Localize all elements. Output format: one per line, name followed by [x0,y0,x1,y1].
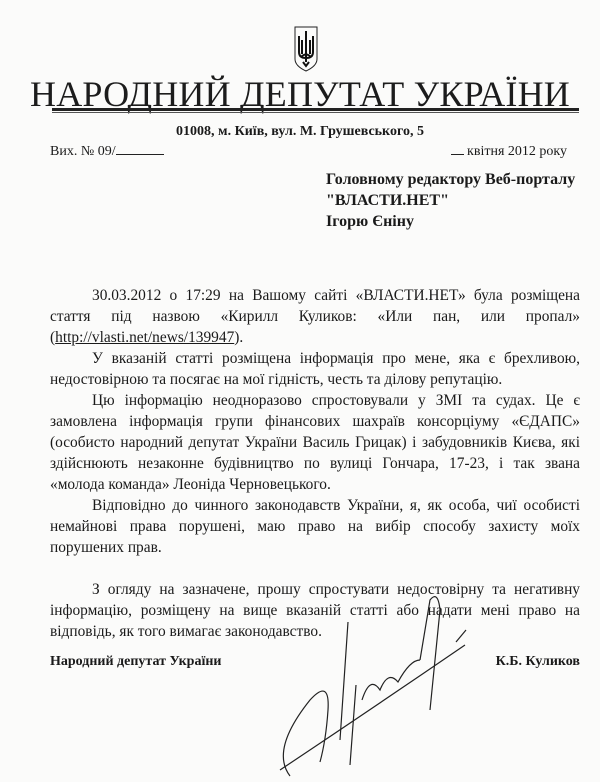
paragraph-text: ). [234,329,243,346]
paragraph: У вказаній статті розміщена інформація п… [50,348,580,390]
outgoing-number-blank [116,142,164,155]
signatory-name: К.Б. Куликов [496,654,580,670]
article-link[interactable]: http://vlasti.net/news/139947 [55,329,234,346]
paragraph: 30.03.2012 о 17:29 на Вашому сайті «ВЛАС… [50,285,580,348]
handwritten-signature-icon [270,590,470,780]
outgoing-number: Вих. № 09/ [50,142,164,160]
addressee-line: Головному редактору Веб-порталу [326,169,575,190]
letter-date-text: квітня 2012 року [467,144,567,159]
addressee-block: Головному редактору Веб-порталу "ВЛАСТИ.… [326,169,575,232]
paragraph: Цю інформацію неодноразово спростовували… [50,390,580,495]
paragraph: Відповідно до чинного законодавств Украї… [50,495,580,558]
letter-date: квітня 2012 року [451,142,567,160]
letter-body: 30.03.2012 о 17:29 на Вашому сайті «ВЛАС… [50,285,580,642]
signatory-title: Народний депутат України [50,654,221,670]
letterhead-divider-thin [52,112,579,113]
letter-page: НАРОДНИЙ ДЕПУТАТ УКРАЇНИ 01008, м. Київ,… [0,0,600,782]
trident-emblem-icon [294,26,318,72]
addressee-line: Ігорю Єніну [326,211,575,232]
outgoing-number-label: Вих. № 09/ [50,144,116,159]
letterhead-address: 01008, м. Київ, вул. М. Грушевського, 5 [0,124,600,140]
date-day-blank [451,142,464,155]
letterhead-divider [52,108,579,111]
addressee-line: "ВЛАСТИ.НЕТ" [326,190,575,211]
